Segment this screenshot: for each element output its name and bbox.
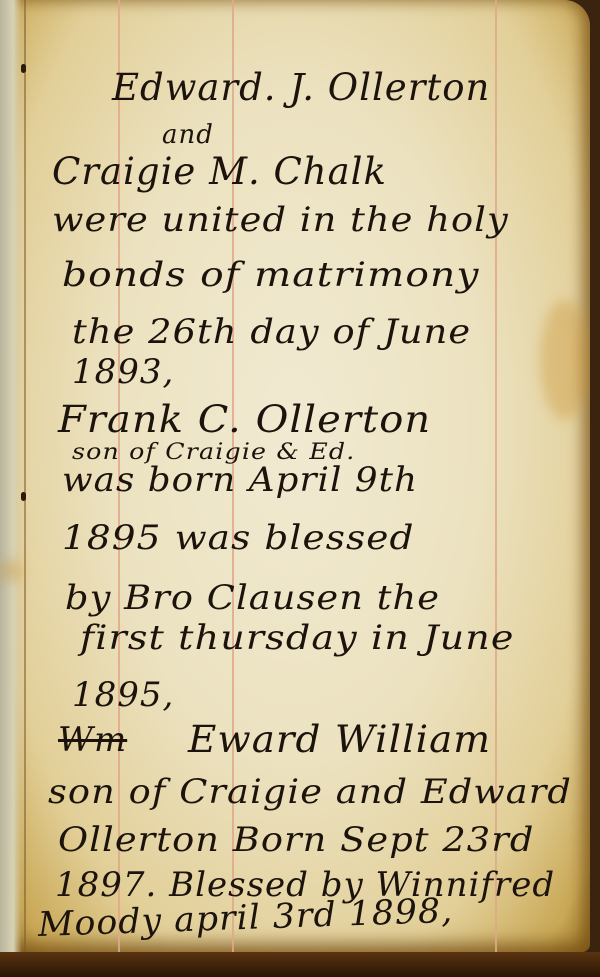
page-gutter [0, 0, 22, 952]
marriage-line-2: and [162, 120, 214, 150]
frank-line-4: 1895 was blessed [62, 518, 415, 558]
binding-stitch [21, 492, 26, 501]
binding-stitch [21, 64, 26, 73]
frank-line-5: by Bro Clausen the [65, 578, 440, 618]
marriage-line-6: the 26th day of June [72, 312, 471, 352]
marriage-line-3: Craigie M. Chalk [52, 150, 387, 193]
notebook-page: Edward. J. Ollerton and Craigie M. Chalk… [0, 0, 590, 952]
frank-line-6: first thursday in June [80, 618, 515, 658]
marriage-line-5: bonds of matrimony [62, 255, 480, 295]
edward-william-line-2: son of Craigie and Edward [48, 772, 572, 812]
paper-stain [540, 300, 590, 420]
frank-line-3: was born April 9th [62, 460, 418, 500]
frank-line-1: Frank C. Ollerton [58, 398, 431, 441]
marriage-line-4: were united in the holy [52, 200, 509, 240]
struck-out-text: Wm [58, 720, 127, 760]
edward-william-line-3: Ollerton Born Sept 23rd [58, 820, 534, 860]
marriage-line-1: Edward. J. Ollerton [112, 66, 490, 109]
paper-stain [0, 560, 22, 582]
frank-line-7: 1895, [72, 675, 174, 715]
marriage-line-7: 1893, [72, 352, 174, 392]
binding-rule [24, 0, 26, 952]
book-bottom-edge [0, 952, 600, 977]
edward-william-line-1: Eward William [188, 718, 491, 761]
